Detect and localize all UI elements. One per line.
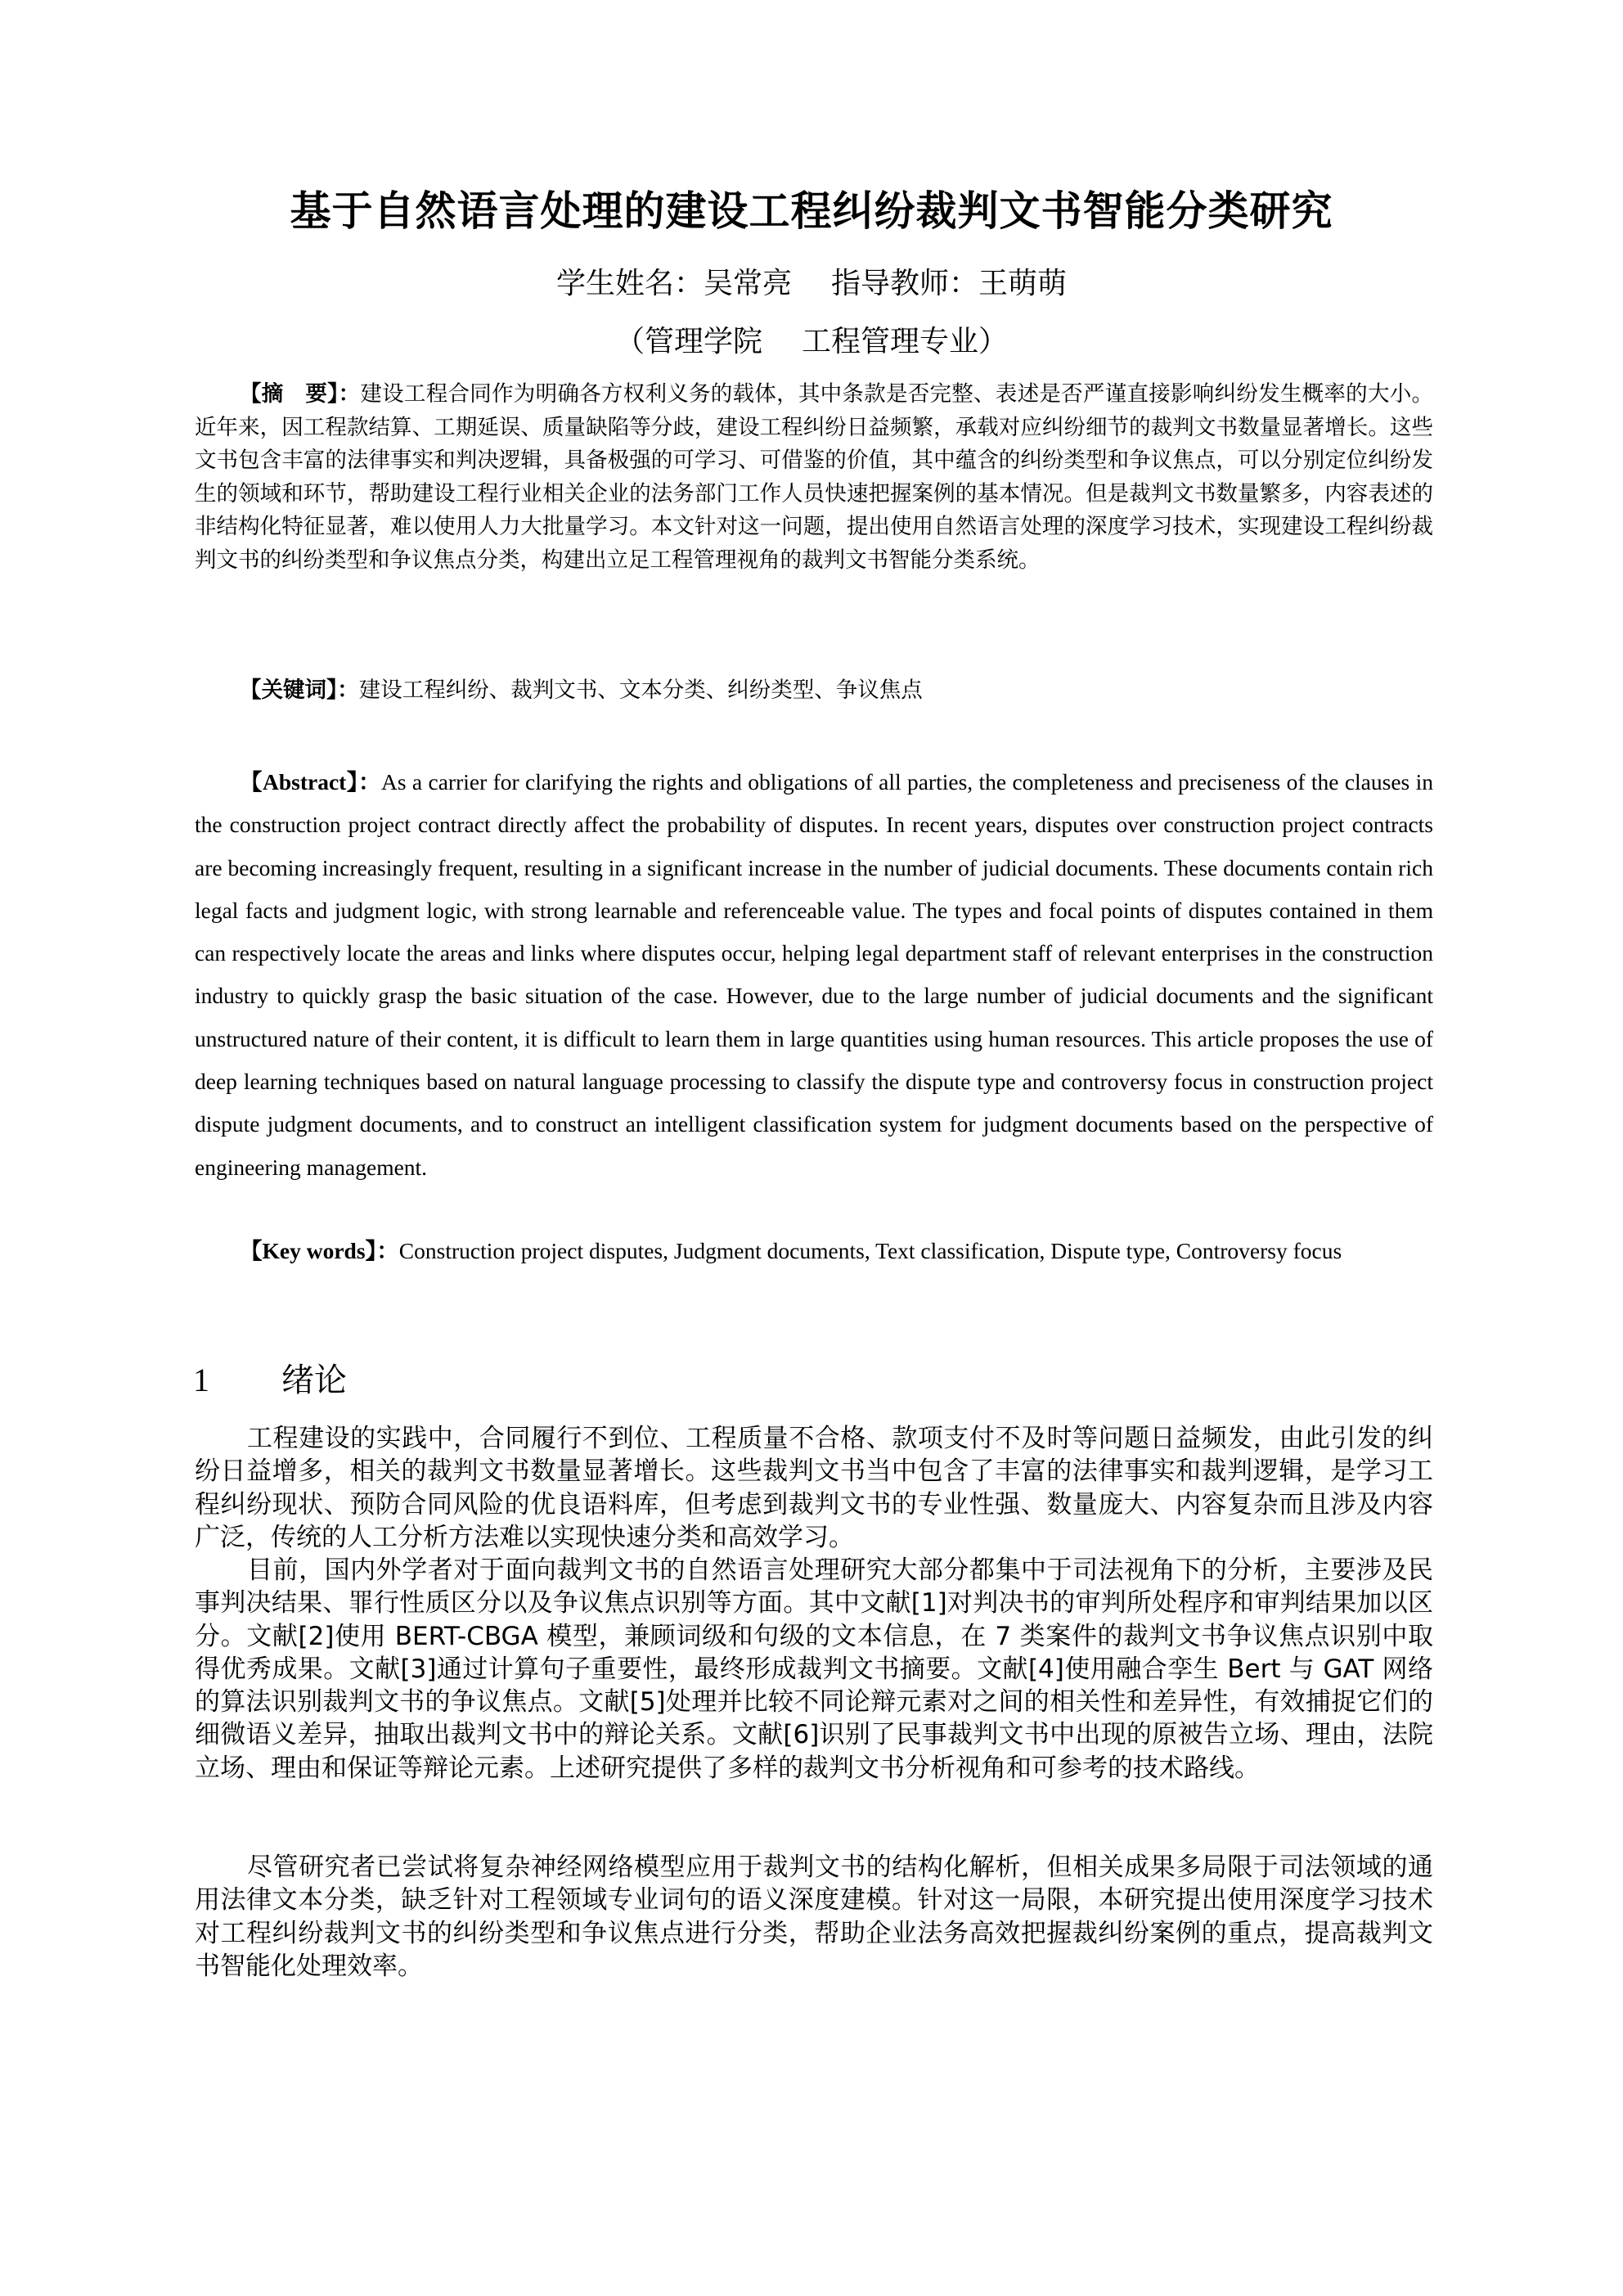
section-heading: 1绪论 bbox=[193, 1358, 347, 1402]
body-paragraph: 目前，国内外学者对于面向裁判文书的自然语言处理研究大部分都集中于司法视角下的分析… bbox=[195, 1554, 1433, 1785]
advisor-name: 王萌萌 bbox=[978, 267, 1067, 300]
keywords-en-text: Construction project disputes, Judgment … bbox=[399, 1238, 1342, 1263]
keywords-cn-text: 建设工程纠纷、裁判文书、文本分类、纠纷类型、争议焦点 bbox=[359, 678, 923, 703]
paper-title: 基于自然语言处理的建设工程纠纷裁判文书智能分类研究 bbox=[0, 182, 1623, 241]
abstract-cn: 【摘 要】：建设工程合同作为明确各方权利义务的载体，其中条款是否完整、表述是否严… bbox=[195, 378, 1433, 577]
major-name: 工程管理专业 bbox=[802, 325, 978, 358]
close-paren: ） bbox=[978, 325, 1008, 358]
paper-page: 基于自然语言处理的建设工程纠纷裁判文书智能分类研究 学生姓名：吴常亮指导教师：王… bbox=[0, 0, 1623, 2296]
student-label: 学生姓名： bbox=[556, 267, 704, 300]
abstract-cn-label: 【摘 要】： bbox=[240, 381, 360, 407]
open-paren: （ bbox=[615, 325, 645, 358]
advisor-label: 指导教师： bbox=[831, 267, 978, 300]
department-line: （管理学院工程管理专业） bbox=[0, 322, 1623, 362]
author-line: 学生姓名：吴常亮指导教师：王萌萌 bbox=[0, 263, 1623, 304]
school-name: 管理学院 bbox=[645, 325, 762, 358]
abstract-en-text: As a carrier for clarifying the rights a… bbox=[195, 769, 1433, 1180]
body-paragraph: 尽管研究者已尝试将复杂神经网络模型应用于裁判文书的结构化解析，但相关成果多局限于… bbox=[195, 1851, 1433, 1983]
keywords-en-label: 【Key words】： bbox=[240, 1238, 399, 1263]
keywords-cn-label: 【关键词】： bbox=[240, 678, 359, 703]
student-name: 吴常亮 bbox=[704, 267, 792, 300]
section-title: 绪论 bbox=[281, 1362, 347, 1399]
abstract-cn-text: 建设工程合同作为明确各方权利义务的载体，其中条款是否完整、表述是否严谨直接影响纠… bbox=[195, 381, 1433, 573]
body-paragraph: 工程建设的实践中，合同履行不到位、工程质量不合格、款项支付不及时等问题日益频发，… bbox=[195, 1422, 1433, 1554]
section-number: 1 bbox=[193, 1358, 281, 1402]
abstract-en: 【Abstract】：As a carrier for clarifying t… bbox=[195, 761, 1433, 1189]
abstract-en-label: 【Abstract】： bbox=[240, 769, 381, 795]
keywords-cn: 【关键词】：建设工程纠纷、裁判文书、文本分类、纠纷类型、争议焦点 bbox=[195, 674, 1433, 707]
keywords-en: 【Key words】：Construction project dispute… bbox=[195, 1229, 1433, 1272]
